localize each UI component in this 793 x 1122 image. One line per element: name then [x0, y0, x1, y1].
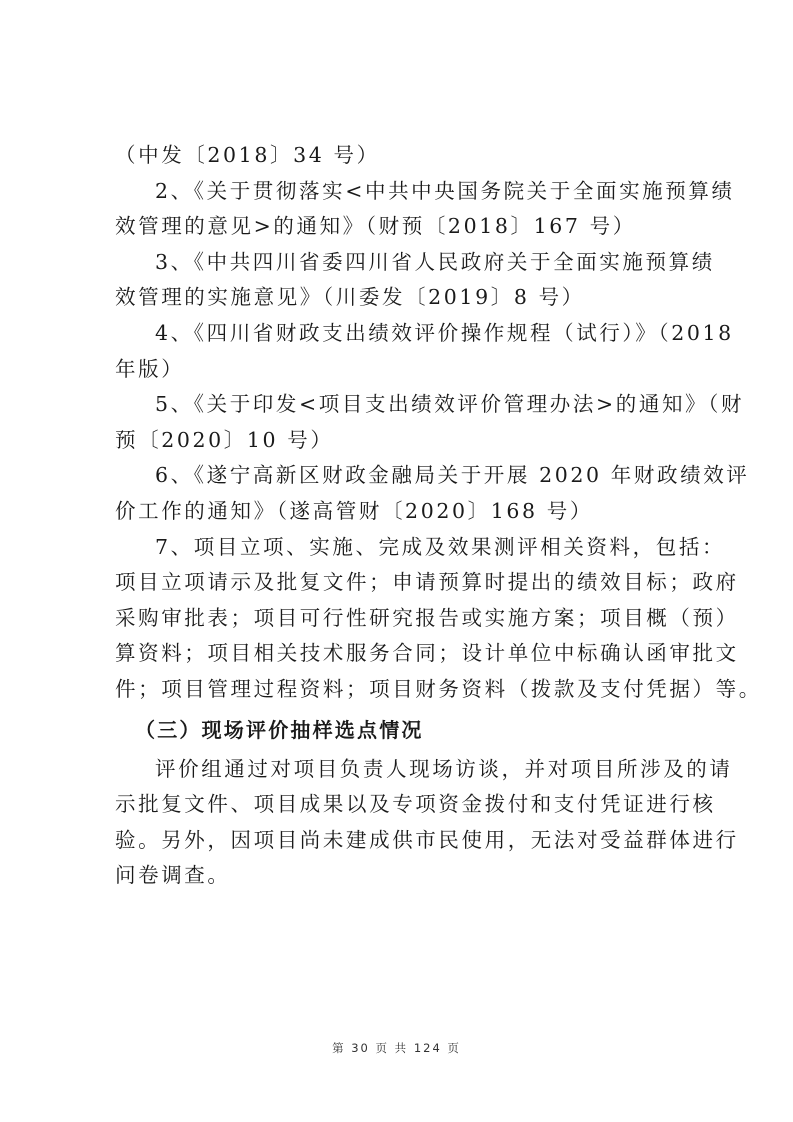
reference-item-4: 4、《四川省财政支出绩效评价操作规程（试行）》（2018 — [115, 316, 679, 352]
paragraph-line: 问卷调查。 — [115, 858, 679, 894]
document-body: （中发〔2018〕34 号） 2、《关于贯彻落实<中共中央国务院关于全面实施预算… — [115, 138, 679, 894]
reference-line: 预〔2020〕10 号） — [115, 423, 679, 459]
reference-line: 价工作的通知》（遂高管财〔2020〕168 号） — [115, 494, 679, 530]
reference-line: 年版） — [115, 352, 679, 388]
reference-item-3: 3、《中共四川省委四川省人民政府关于全面实施预算绩 — [115, 245, 679, 281]
paragraph-line: 验。另外，因项目尚未建成供市民使用，无法对受益群体进行 — [115, 823, 679, 859]
section-heading: （三）现场评价抽样选点情况 — [115, 708, 679, 752]
reference-line: 效管理的实施意见》（川委发〔2019〕8 号） — [115, 280, 679, 316]
reference-line: 项目立项请示及批复文件；申请预算时提出的绩效目标；政府 — [115, 565, 679, 601]
document-page: （中发〔2018〕34 号） 2、《关于贯彻落实<中共中央国务院关于全面实施预算… — [0, 0, 793, 1122]
page-number-footer: 第 30 页 共 124 页 — [0, 1040, 793, 1056]
reference-item-7: 7、项目立项、实施、完成及效果测评相关资料，包括： — [115, 530, 679, 566]
paragraph-line: 评价组通过对项目负责人现场访谈，并对项目所涉及的请 — [115, 752, 679, 788]
reference-line: 采购审批表；项目可行性研究报告或实施方案；项目概（预） — [115, 601, 679, 637]
reference-line: 算资料；项目相关技术服务合同；设计单位中标确认函审批文 — [115, 636, 679, 672]
reference-item-6: 6、《遂宁高新区财政金融局关于开展 2020 年财政绩效评 — [115, 458, 679, 494]
reference-line: （中发〔2018〕34 号） — [115, 138, 679, 174]
paragraph-line: 示批复文件、项目成果以及专项资金拨付和支付凭证进行核 — [115, 787, 679, 823]
reference-item-2: 2、《关于贯彻落实<中共中央国务院关于全面实施预算绩 — [115, 174, 679, 210]
reference-line: 件；项目管理过程资料；项目财务资料（拨款及支付凭据）等。 — [115, 672, 679, 708]
reference-item-5: 5、《关于印发<项目支出绩效评价管理办法>的通知》（财 — [115, 387, 679, 423]
reference-line: 效管理的意见>的通知》（财预〔2018〕167 号） — [115, 209, 679, 245]
